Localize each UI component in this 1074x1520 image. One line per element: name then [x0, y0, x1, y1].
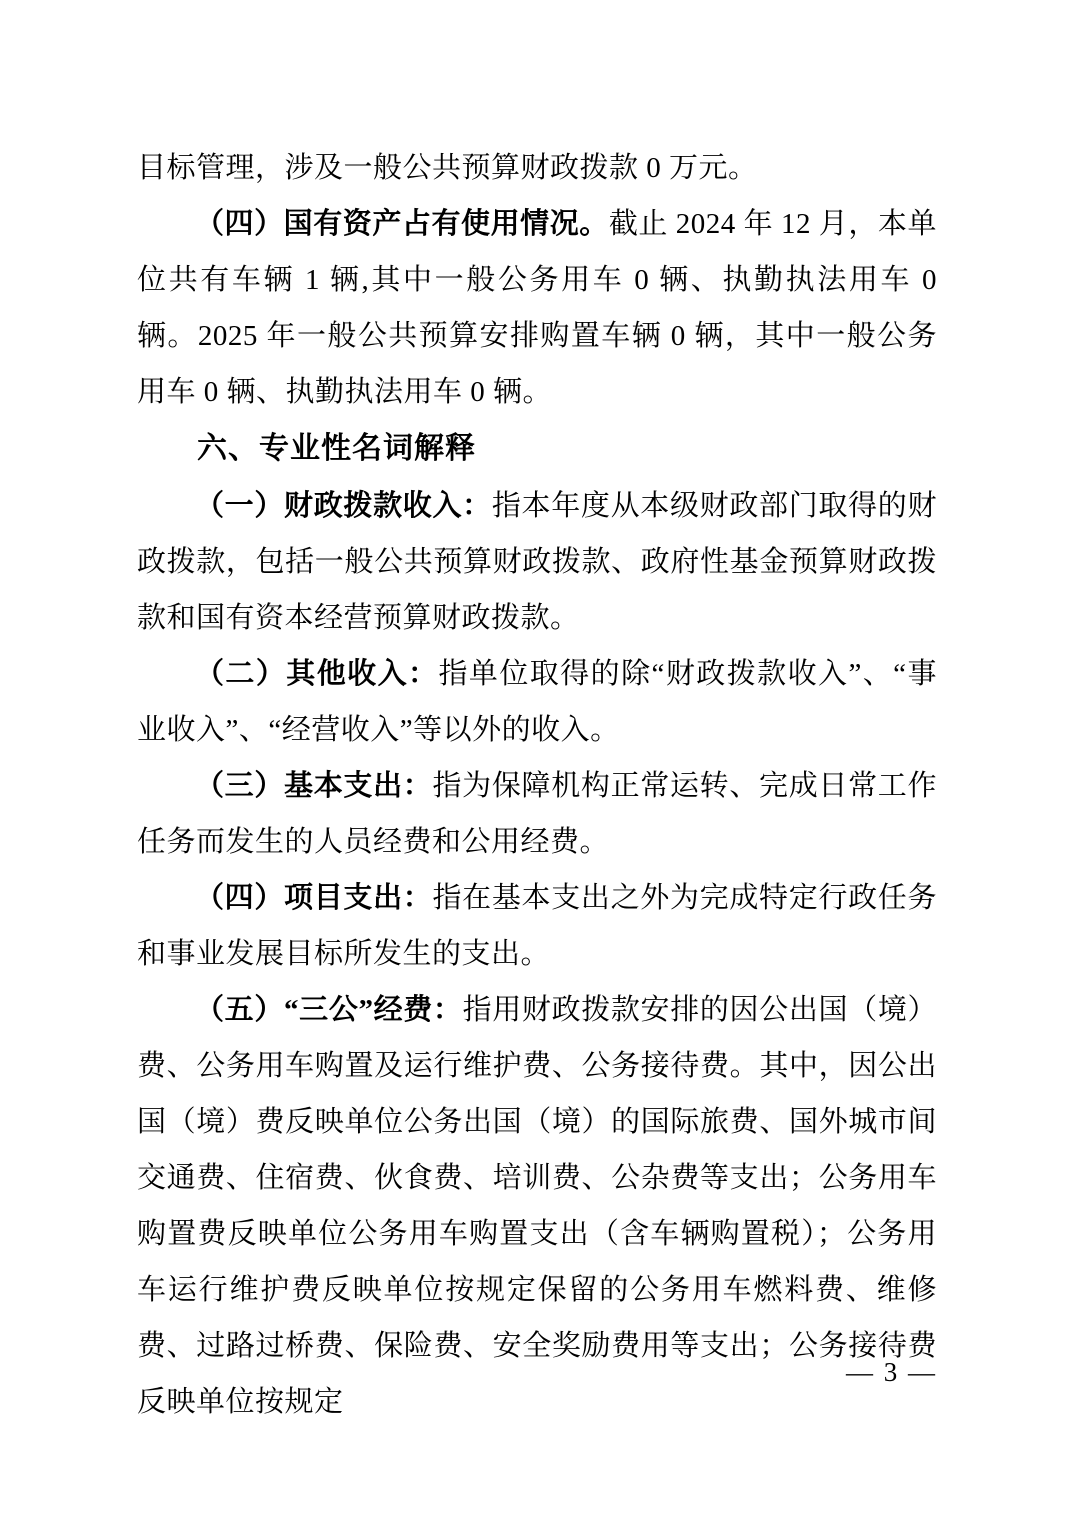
- term-paragraph-basic-expenditure: （三）基本支出：指为保障机构正常运转、完成日常工作任务而发生的人员经费和公用经费…: [137, 758, 937, 870]
- term-label: （四）项目支出：: [195, 882, 433, 914]
- section-heading: 六、专业性名词解释: [137, 420, 937, 478]
- term-label: （一）财政拨款收入：: [195, 490, 492, 522]
- document-body: 目标管理，涉及一般公共预算财政拨款 0 万元。 （四）国有资产占有使用情况。截止…: [137, 140, 937, 1430]
- term-paragraph-project-expenditure: （四）项目支出：指在基本支出之外为完成特定行政任务和事业发展目标所发生的支出。: [137, 870, 937, 982]
- term-label: （五）“三公”经费：: [195, 994, 463, 1026]
- term-label: （三）基本支出：: [195, 770, 433, 802]
- term-definition: 指用财政拨款安排的因公出国（境）费、公务用车购置及运行维护费、公务接待费。其中，…: [137, 994, 937, 1418]
- assets-usage-lead: （四）国有资产占有使用情况。: [195, 208, 609, 240]
- term-label: （二）其他收入：: [195, 658, 438, 690]
- document-page: 目标管理，涉及一般公共预算财政拨款 0 万元。 （四）国有资产占有使用情况。截止…: [0, 0, 1074, 1520]
- continuation-paragraph: 目标管理，涉及一般公共预算财政拨款 0 万元。: [137, 140, 937, 196]
- term-paragraph-three-public-expenses: （五）“三公”经费：指用财政拨款安排的因公出国（境）费、公务用车购置及运行维护费…: [137, 982, 937, 1430]
- assets-usage-paragraph: （四）国有资产占有使用情况。截止 2024 年 12 月，本单位共有车辆 1 辆…: [137, 196, 937, 420]
- term-paragraph-fiscal-appropriation-income: （一）财政拨款收入：指本年度从本级财政部门取得的财政拨款，包括一般公共预算财政拨…: [137, 478, 937, 646]
- page-number: — 3 —: [846, 1352, 937, 1392]
- term-paragraph-other-income: （二）其他收入：指单位取得的除“财政拨款收入”、“事业收入”、“经营收入”等以外…: [137, 646, 937, 758]
